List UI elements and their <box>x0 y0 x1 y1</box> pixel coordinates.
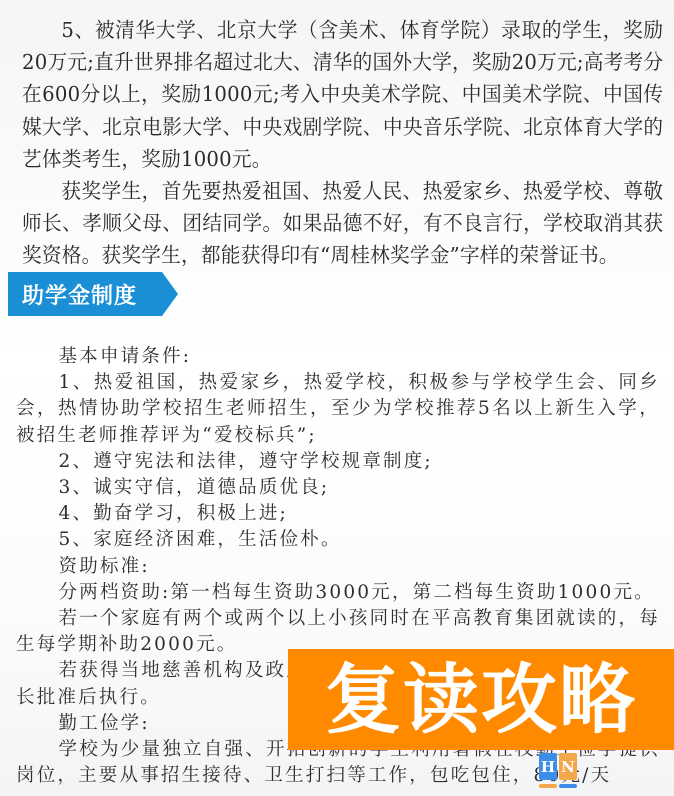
logo-h-letter: H <box>541 758 555 776</box>
document-page: 5、被清华大学、北京大学（含美术、体育学院）录取的学生，奖励20万元;直升世界排… <box>0 0 674 796</box>
aid-standard-tiers: 分两档资助:第一档每生资助3000元，第二档每生资助1000元。 <box>16 580 660 606</box>
aid-requirement-4: 4、勤奋学习，积极上进; <box>16 501 660 527</box>
section-title: 助学金制度 <box>22 279 137 310</box>
banner-body: 助学金制度 <box>8 272 162 316</box>
scholarship-section: 5、被清华大学、北京大学（含美术、体育学院）录取的学生，奖励20万元;直升世界排… <box>22 14 662 272</box>
hn-logo: H N <box>538 753 578 791</box>
aid-heading-standards: 资助标准: <box>16 554 660 580</box>
aid-heading-requirements: 基本申请条件: <box>16 344 660 370</box>
promo-overlay-title: 复读攻略 <box>325 662 637 738</box>
scholarship-paragraph-eligibility: 获奖学生，首先要热爱祖国、热爱人民、热爱家乡、热爱学校、尊敬师长、孝顺父母、团结… <box>22 175 663 272</box>
aid-requirement-5: 5、家庭经济困难，生活俭朴。 <box>16 527 660 553</box>
aid-requirement-3: 3、诚实守信，道德品质优良; <box>16 475 660 501</box>
promo-overlay-banner: 复读攻略 <box>288 649 674 750</box>
logo-n-tile: N <box>559 753 577 780</box>
aid-requirement-2: 2、遵守宪法和法律，遵守学校规章制度; <box>16 449 660 475</box>
aid-requirement-1: 1、热爱祖国，热爱家乡，热爱学校，积极参与学校学生会、同乡会，热情协助学校招生老… <box>16 370 660 449</box>
logo-bar-right <box>559 784 577 788</box>
section-banner-aid: 助学金制度 <box>8 272 178 316</box>
logo-n-letter: N <box>561 758 575 776</box>
scholarship-paragraph-awards: 5、被清华大学、北京大学（含美术、体育学院）录取的学生，奖励20万元;直升世界排… <box>22 14 663 175</box>
logo-h-tile: H <box>539 753 557 780</box>
logo-bar-left <box>539 784 557 788</box>
arrow-tip-icon <box>162 272 178 316</box>
